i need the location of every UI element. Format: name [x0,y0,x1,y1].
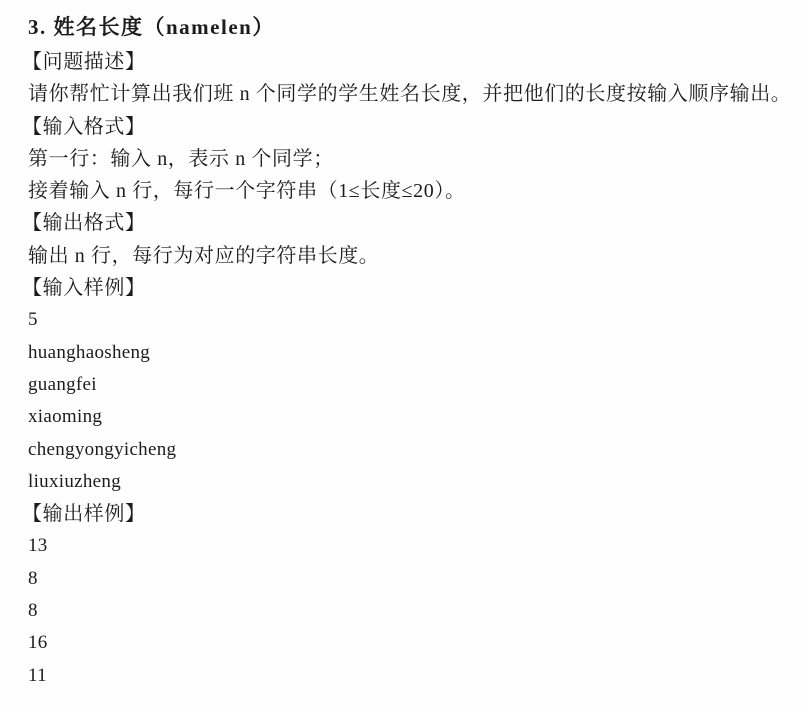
sample-input-line-2: huanghaosheng [28,337,796,369]
input-format-line-2: 接着输入 n 行，每行一个字符串（1≤长度≤20）。 [28,175,796,207]
sample-output-line-1: 13 [28,530,796,562]
sample-input-line-6: liuxiuzheng [28,466,796,498]
sample-output-line-3: 8 [28,595,796,627]
sample-input-line-1: 5 [28,304,796,336]
input-format-line-1: 第一行：输入 n，表示 n 个同学； [28,143,796,175]
problem-description-text: 请你帮忙计算出我们班 n 个同学的学生姓名长度，并把他们的长度按输入顺序输出。 [28,78,796,110]
sample-input-line-3: guangfei [28,369,796,401]
problem-title: 3. 姓名长度（namelen） [28,10,796,46]
document-page: 3. 姓名长度（namelen） 【问题描述】 请你帮忙计算出我们班 n 个同学… [0,0,804,710]
section-header-input-format: 【输入格式】 [22,111,796,143]
sample-output-line-2: 8 [28,563,796,595]
section-header-sample-output: 【输出样例】 [22,498,796,530]
sample-output-line-5: 11 [28,660,796,692]
output-format-text: 输出 n 行，每行为对应的字符串长度。 [28,240,796,272]
section-header-problem-description: 【问题描述】 [22,46,796,78]
section-header-output-format: 【输出格式】 [22,207,796,239]
section-header-sample-input: 【输入样例】 [22,272,796,304]
sample-input-line-4: xiaoming [28,401,796,433]
sample-input-line-5: chengyongyicheng [28,434,796,466]
sample-output-line-4: 16 [28,627,796,659]
